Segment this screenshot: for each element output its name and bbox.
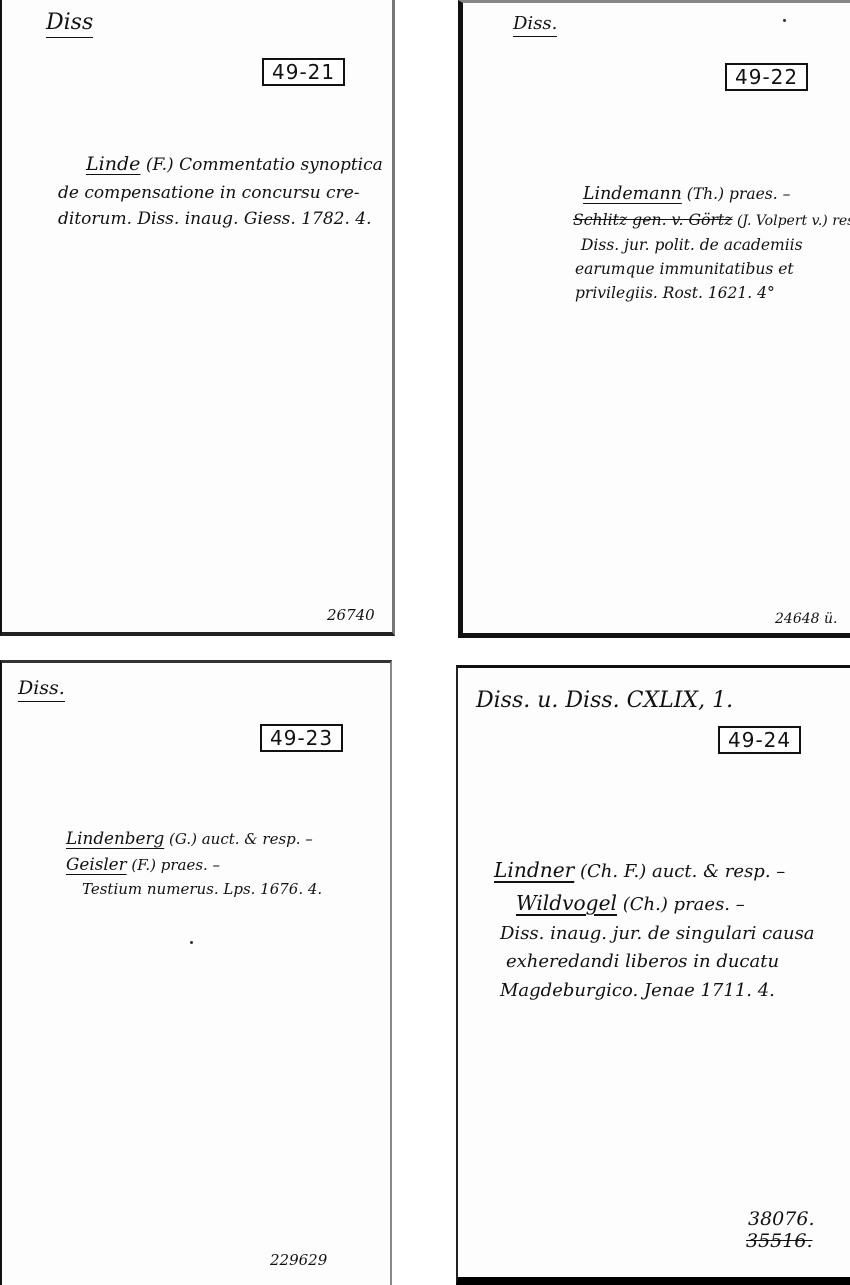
catalog-card-49-22: Diss. 49-22 Lindemann (Th.) praes. – Sch…: [458, 0, 850, 638]
catalog-entry: Linde (F.) Commentatio synoptica de comp…: [86, 150, 383, 232]
title-line: earumque immunitatibus et: [575, 257, 850, 281]
shelf-number: 49-21: [262, 58, 345, 86]
title-line: Testium numerus. Lps. 1676. 4.: [82, 878, 322, 901]
accession-number: 24648 ü.: [775, 611, 837, 627]
shelf-number: 49-24: [718, 726, 801, 754]
category-mark: Diss.: [513, 13, 557, 37]
second-initials: (F.) praes. –: [131, 856, 220, 874]
author-initials: (Th.) praes. –: [687, 185, 791, 203]
accession-number: 229629: [270, 1251, 327, 1269]
title-line: Diss. inaug. jur. de singulari causa: [500, 920, 815, 949]
author-initials: (Ch. F.) auct. & resp. –: [580, 861, 785, 882]
speck: [783, 19, 786, 22]
accession-number: 38076.: [748, 1208, 814, 1230]
author-name: Lindner: [494, 858, 574, 882]
author-initials: (F.): [146, 155, 174, 175]
catalog-card-49-24: Diss. u. Diss. CXLIX, 1. 49-24 Lindner (…: [456, 665, 850, 1285]
second-initials: (Ch.) praes. –: [623, 894, 745, 915]
old-accession-number: 35516.: [746, 1230, 812, 1252]
shelf-number: 49-23: [260, 724, 343, 752]
second-initials: (J. Volpert v.) resp. –: [737, 213, 850, 229]
category-mark: Diss.: [18, 677, 65, 702]
catalog-entry: Lindemann (Th.) praes. – Schlitz gen. v.…: [583, 181, 850, 305]
title-line: de compensatione in concursu cre-: [58, 180, 383, 206]
catalog-card-49-21: Diss 49-21 Linde (F.) Commentatio synopt…: [0, 0, 395, 636]
title-line: Magdeburgico. Jenae 1711. 4.: [500, 977, 815, 1006]
second-name: Geisler: [66, 854, 127, 874]
title-line: Diss. jur. polit. de academiis: [581, 233, 850, 257]
shelf-number: 49-22: [725, 63, 808, 91]
category-mark: Diss. u. Diss. CXLIX, 1.: [476, 688, 733, 715]
title-line: ditorum. Diss. inaug. Giess. 1782. 4.: [58, 206, 383, 232]
author-name: Lindenberg: [66, 828, 164, 848]
author-name: Linde: [86, 153, 140, 175]
second-name: Schlitz gen. v. Görtz: [573, 210, 733, 229]
second-name: Wildvogel: [516, 891, 617, 915]
catalog-card-49-23: Diss. 49-23 Lindenberg (G.) auct. & resp…: [0, 660, 392, 1285]
title-line: privilegiis. Rost. 1621. 4°: [575, 281, 850, 305]
title-line: Commentatio synoptica: [179, 155, 383, 175]
category-mark: Diss: [46, 10, 93, 38]
author-name: Lindemann: [583, 184, 682, 204]
accession-number: 26740: [327, 606, 375, 624]
speck: [190, 941, 193, 944]
catalog-entry: Lindner (Ch. F.) auct. & resp. – Wildvog…: [494, 854, 815, 1006]
catalog-entry: Lindenberg (G.) auct. & resp. – Geisler …: [66, 825, 322, 901]
author-initials: (G.) auct. & resp. –: [169, 830, 313, 848]
title-line: exheredandi liberos in ducatu: [506, 948, 815, 977]
